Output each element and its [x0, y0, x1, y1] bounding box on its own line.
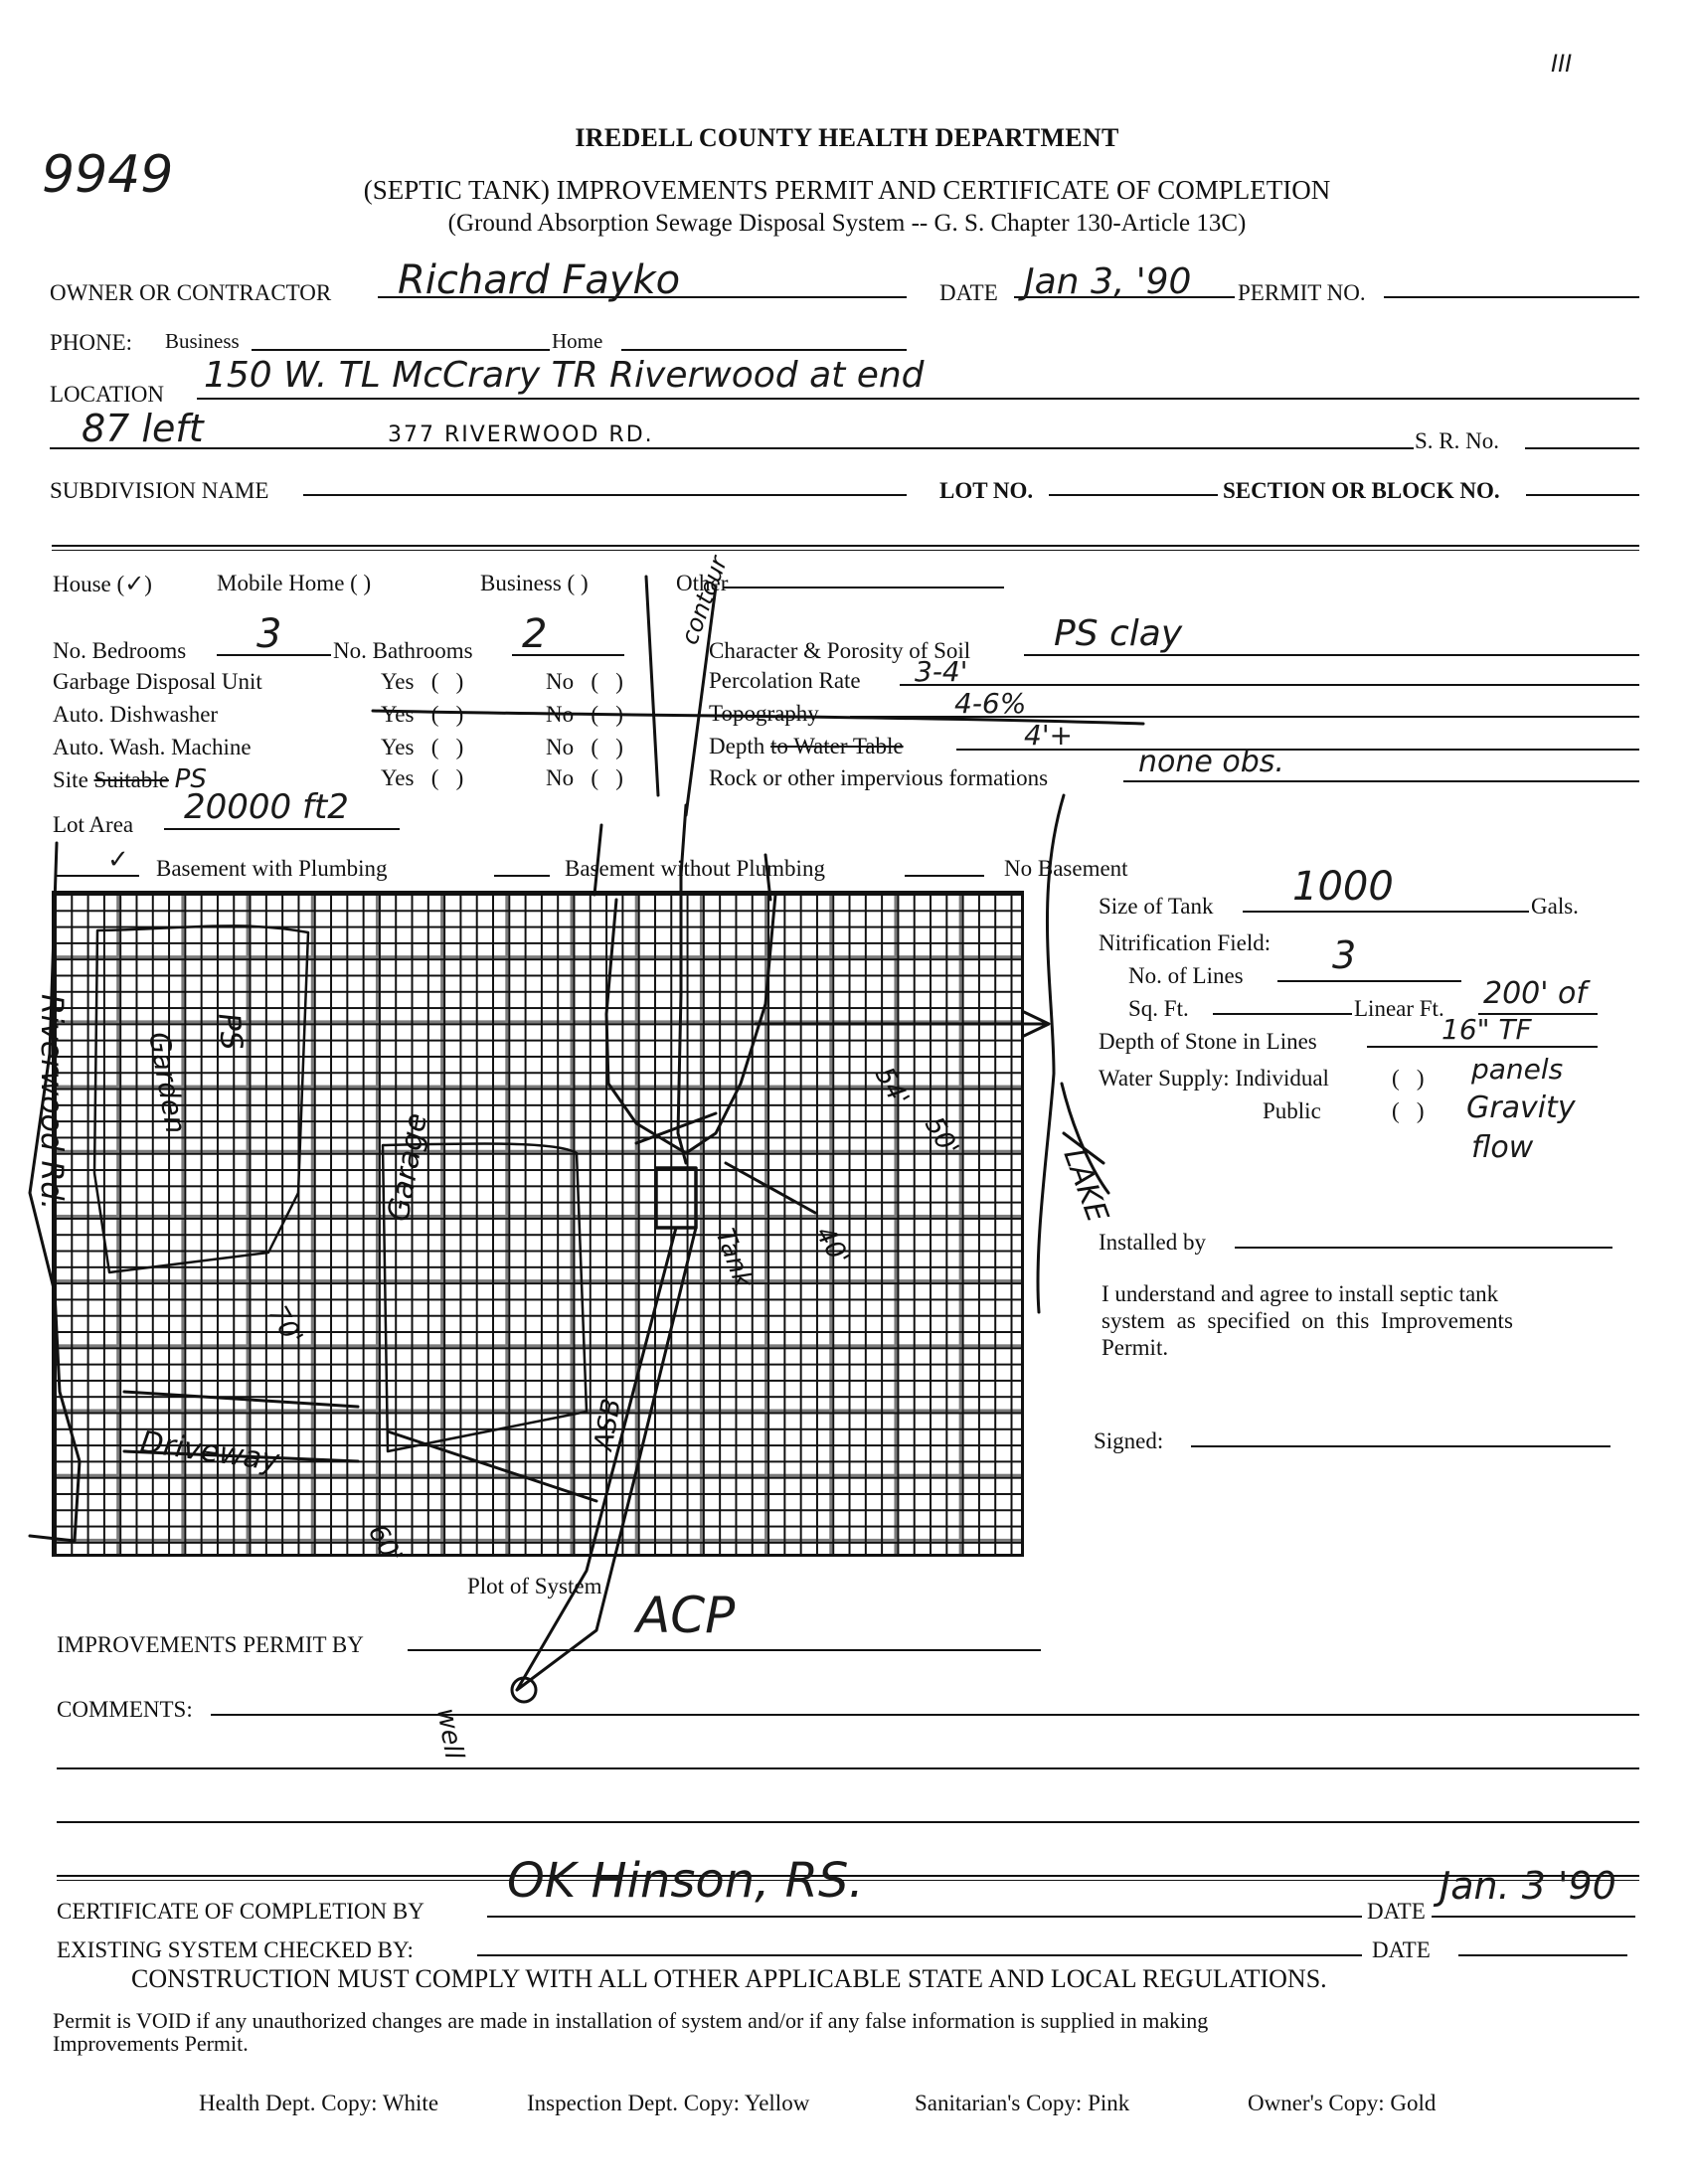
gals-label: Gals. [1531, 895, 1579, 918]
soil-character-field[interactable]: PS clay [1054, 616, 1182, 652]
site-suitable-no[interactable]: No ( ) [546, 766, 623, 789]
water-note-flow: flow [1471, 1133, 1533, 1163]
compliance-notice: CONSTRUCTION MUST COMPLY WITH ALL OTHER … [131, 1964, 1327, 1994]
phone-label: PHONE: [50, 331, 132, 354]
permit-no-field[interactable] [1384, 274, 1639, 296]
permit-by-field[interactable]: ACP [636, 1591, 735, 1640]
mobile-home-option[interactable]: Mobile Home ( ) [217, 572, 371, 594]
business-phone-label: Business [165, 331, 240, 352]
basement-without-plumbing-option[interactable]: Basement without Plumbing [565, 857, 825, 880]
certificate-signature-field[interactable]: OK Hinson, RS. [507, 1857, 864, 1905]
house-close-paren: ) [144, 572, 152, 596]
linear-ft-label: Linear Ft. [1354, 997, 1444, 1020]
water-individual-checkbox[interactable]: ( ) [1392, 1067, 1425, 1090]
certificate-date-label: DATE [1367, 1900, 1426, 1923]
form-subtitle: (Ground Absorption Sewage Disposal Syste… [0, 210, 1694, 238]
water-table-label: Depth to Water Table [709, 735, 904, 757]
date-field[interactable]: Jan 3, '90 [1024, 264, 1191, 300]
section-block-label: SECTION OR BLOCK NO. [1223, 479, 1500, 502]
existing-date-field[interactable] [1458, 1932, 1627, 1954]
location-address: 377 RIVERWOOD RD. [388, 422, 654, 447]
water-note-gravity: Gravity [1466, 1093, 1576, 1123]
signed-label: Signed: [1094, 1429, 1163, 1452]
lot-no-field[interactable] [1049, 473, 1218, 494]
business-phone-field[interactable] [252, 328, 550, 349]
plot-caption: Plot of System [467, 1575, 601, 1597]
water-public-label: Public [1263, 1099, 1321, 1122]
lines-label: No. of Lines [1128, 964, 1244, 987]
tank-size-label: Size of Tank [1099, 895, 1214, 918]
rock-formations-field[interactable]: none obs. [1138, 748, 1284, 777]
lot-no-label: LOT NO. [939, 479, 1033, 502]
basement-with-plumbing-option[interactable]: Basement with Plumbing [156, 857, 388, 880]
water-public-checkbox[interactable]: ( ) [1392, 1099, 1425, 1122]
house-check-icon: ✓ [124, 570, 144, 597]
comments-label: COMMENTS: [57, 1698, 193, 1721]
void-notice-line-2: Improvements Permit. [53, 2031, 249, 2057]
site-label-prefix: Site [53, 767, 94, 792]
wash-machine-label: Auto. Wash. Machine [53, 736, 252, 758]
existing-system-field[interactable] [477, 1932, 1362, 1954]
water-supply-label: Water Supply: Individual [1099, 1067, 1329, 1090]
garbage-disposal-no[interactable]: No ( ) [546, 670, 623, 693]
lot-area-field[interactable]: 20000 ft2 [184, 790, 349, 824]
topography-label: Topography [709, 702, 819, 725]
lines-field[interactable]: 3 [1332, 936, 1356, 974]
dishwasher-yes[interactable]: Yes ( ) [381, 703, 463, 726]
home-phone-field[interactable] [621, 328, 907, 349]
basement-with-check-icon: ✓ [107, 847, 129, 873]
water-table-prefix: Depth [709, 734, 770, 758]
stone-depth-field[interactable]: 16" TF [1441, 1016, 1532, 1044]
section-block-field[interactable] [1526, 473, 1639, 494]
other-field[interactable] [723, 565, 1004, 587]
water-table-struck: to Water Table [770, 734, 904, 758]
sr-no-field[interactable] [1525, 425, 1639, 447]
nitrification-label: Nitrification Field: [1099, 931, 1270, 954]
bedrooms-field[interactable]: 3 [256, 614, 281, 654]
business-option[interactable]: Business ( ) [480, 572, 589, 594]
house-label: House ( [53, 572, 124, 596]
installed-by-label: Installed by [1099, 1231, 1206, 1254]
permit-by-label: IMPROVEMENTS PERMIT BY [57, 1633, 364, 1656]
subdivision-label: SUBDIVISION NAME [50, 479, 268, 502]
sr-no-label: S. R. No. [1415, 429, 1499, 452]
location-field-line1[interactable]: 150 W. TL McCrary TR Riverwood at end [204, 358, 925, 394]
tank-size-field[interactable]: 1000 [1292, 867, 1394, 907]
water-table-field[interactable]: 4'+ [1024, 722, 1073, 750]
agreement-line-1: I understand and agree to install septic… [1101, 1282, 1498, 1305]
installer-signature-field[interactable] [1191, 1424, 1610, 1445]
owner-label: OWNER OR CONTRACTOR [50, 281, 331, 304]
site-suitable-yes[interactable]: Yes ( ) [381, 766, 463, 789]
stone-depth-label: Depth of Stone in Lines [1099, 1030, 1317, 1053]
copy-health-dept: Health Dept. Copy: White [199, 2091, 438, 2116]
water-note-panels: panels [1471, 1056, 1563, 1084]
dishwasher-no[interactable]: No ( ) [546, 703, 623, 726]
subdivision-field[interactable] [303, 473, 907, 494]
percolation-field[interactable]: 3-4' [915, 658, 967, 686]
date-label: DATE [939, 281, 998, 304]
wash-machine-yes[interactable]: Yes ( ) [381, 736, 463, 758]
plot-grid-major [52, 891, 1024, 1557]
bedrooms-label: No. Bedrooms [53, 639, 186, 662]
garbage-disposal-yes[interactable]: Yes ( ) [381, 670, 463, 693]
existing-date-label: DATE [1372, 1938, 1431, 1961]
permit-no-label: PERMIT NO. [1238, 281, 1366, 304]
wash-machine-no[interactable]: No ( ) [546, 736, 623, 758]
linear-ft-field[interactable]: 200' of [1483, 979, 1587, 1009]
percolation-label: Percolation Rate [709, 669, 861, 692]
garbage-disposal-label: Garbage Disposal Unit [53, 670, 262, 693]
site-label-struck: Suitable [94, 767, 169, 792]
home-phone-label: Home [552, 331, 602, 352]
other-label: Other [676, 572, 728, 594]
rock-formations-label: Rock or other impervious formations [709, 766, 1048, 789]
bathrooms-label: No. Bathrooms [333, 639, 473, 662]
agreement-line-3: Permit. [1101, 1336, 1168, 1359]
department-title: IREDELL COUNTY HEALTH DEPARTMENT [0, 123, 1694, 153]
agreement-line-2: system as specified on this Improvements [1101, 1309, 1513, 1332]
form-title: (SEPTIC TANK) IMPROVEMENTS PERMIT AND CE… [0, 175, 1694, 206]
owner-field[interactable]: Richard Fayko [398, 260, 680, 300]
location-field-line2-hand[interactable]: 87 left [82, 410, 204, 447]
bathrooms-field[interactable]: 2 [522, 614, 547, 654]
comments-field[interactable] [211, 1692, 1639, 1714]
dishwasher-label: Auto. Dishwasher [53, 703, 218, 726]
existing-system-label: EXISTING SYSTEM CHECKED BY: [57, 1938, 414, 1961]
lot-area-label: Lot Area [53, 813, 133, 836]
house-option[interactable]: House (✓) [53, 572, 152, 595]
sqft-field[interactable] [1213, 992, 1352, 1013]
certificate-date-field[interactable]: Jan. 3 '90 [1440, 1867, 1616, 1905]
sqft-label: Sq. Ft. [1128, 997, 1189, 1020]
installed-by-field[interactable] [1235, 1225, 1612, 1247]
certificate-label: CERTIFICATE OF COMPLETION BY [57, 1900, 424, 1923]
copy-sanitarian: Sanitarian's Copy: Pink [915, 2091, 1129, 2116]
corner-mark: III [1551, 52, 1572, 76]
copy-owner: Owner's Copy: Gold [1248, 2091, 1436, 2116]
topography-field[interactable]: 4-6% [954, 690, 1026, 718]
location-label: LOCATION [50, 383, 164, 406]
svg-text:LAKE: LAKE [1056, 1144, 1114, 1227]
copy-inspection-dept: Inspection Dept. Copy: Yellow [527, 2091, 809, 2116]
no-basement-option[interactable]: No Basement [1004, 857, 1128, 880]
